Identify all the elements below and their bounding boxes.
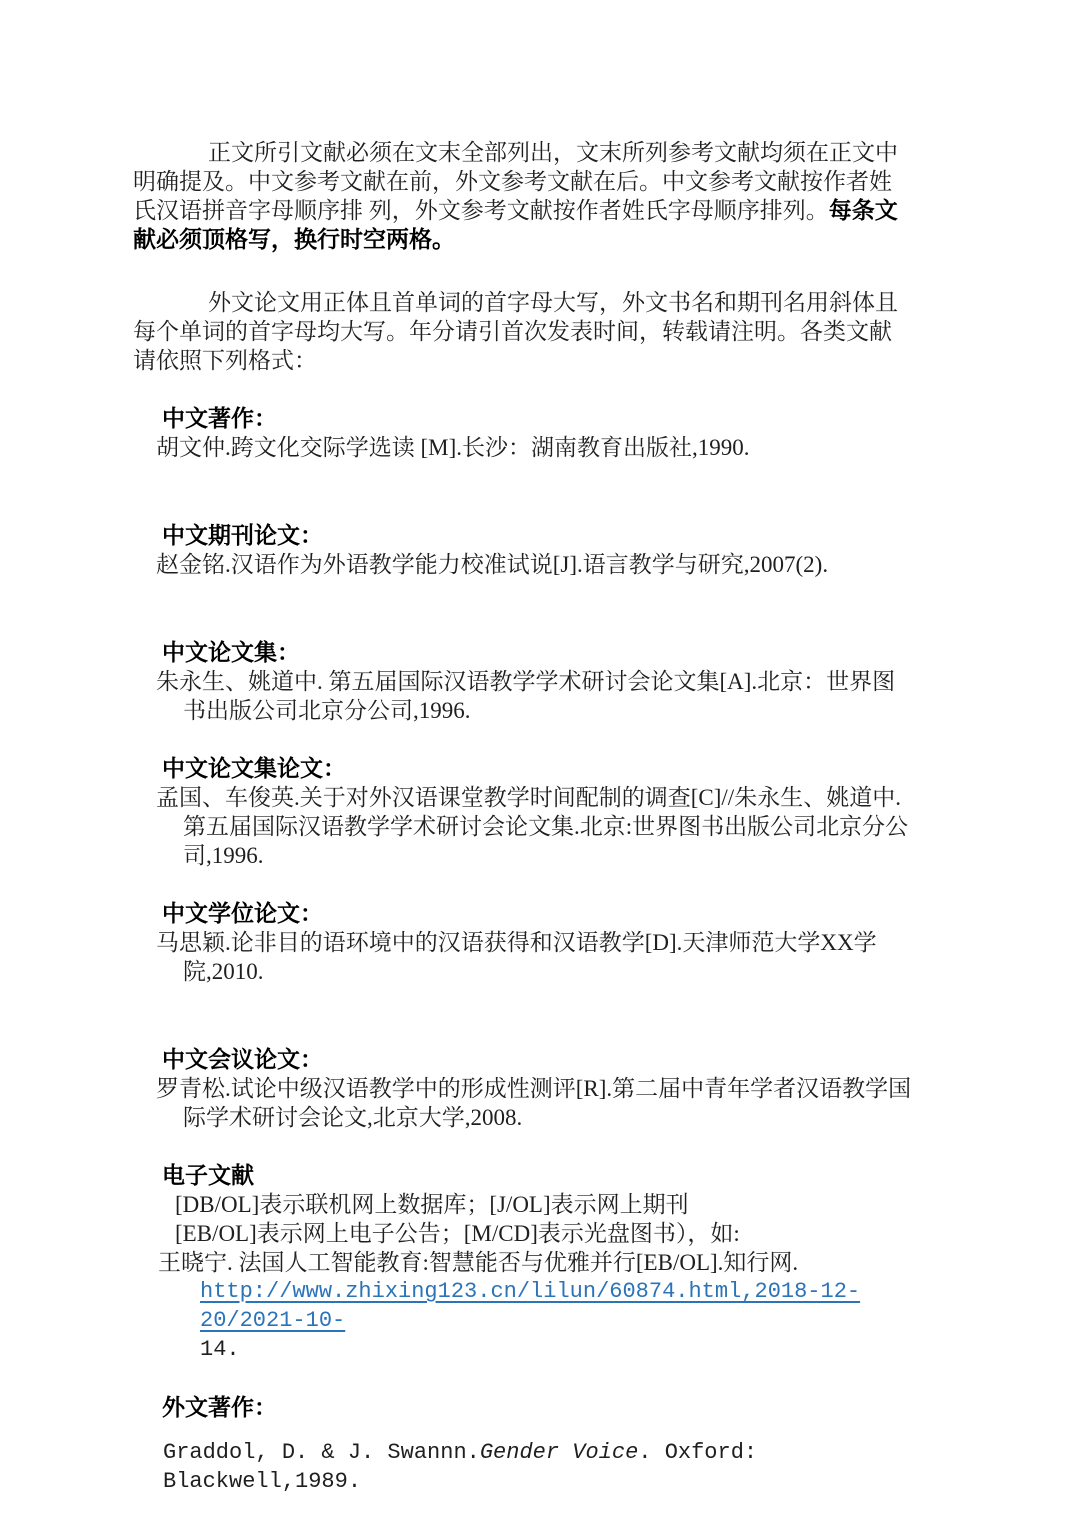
citation-chinese-proceedings: 朱永生、姚道中. 第五届国际汉语教学学术研讨会论文集[A].北京：世界图书出版公… xyxy=(156,667,912,725)
document-content: 正文所引文献必须在文末全部列出，文末所列参考文献均须在正文中明确提及。中文参考文… xyxy=(0,0,1080,1496)
section-heading-chinese-journal-article: 中文期刊论文： xyxy=(162,521,912,550)
citation-electronic: 王晓宁. 法国人工智能教育:智慧能否与优雅并行[EB/OL].知行网. xyxy=(158,1248,912,1277)
section-chinese-journal-article: 中文期刊论文： 赵金铭.汉语作为外语教学能力校准试说[J].语言教学与研究,20… xyxy=(133,521,912,579)
section-heading-chinese-proceedings-paper: 中文论文集论文： xyxy=(162,754,912,783)
section-heading-chinese-monograph: 中文著作： xyxy=(162,404,912,433)
document-page: 正文所引文献必须在文末全部列出，文末所列参考文献均须在正文中明确提及。中文参考文… xyxy=(0,0,1080,1528)
citation-chinese-monograph: 胡文仲.跨文化交际学选读 [M].长沙：湖南教育出版社,1990. xyxy=(156,433,912,462)
citation-chinese-journal-article: 赵金铭.汉语作为外语教学能力校准试说[J].语言教学与研究,2007(2). xyxy=(156,550,912,579)
section-chinese-proceedings: 中文论文集： 朱永生、姚道中. 第五届国际汉语教学学术研讨会论文集[A].北京：… xyxy=(133,638,912,725)
electronic-code-note-2: [EB/OL]表示网上电子公告；[M/CD]表示光盘图书），如: xyxy=(175,1219,912,1248)
citation-chinese-thesis: 马思颖.论非目的语环境中的汉语获得和汉语教学[D].天津师范大学XX学院,201… xyxy=(156,928,912,986)
citation-foreign-authors: Graddol, D. & J. Swannn. xyxy=(163,1440,480,1465)
citation-foreign-book-title: Gender Voice xyxy=(480,1440,638,1465)
section-heading-electronic-references: 电子文献 xyxy=(162,1161,912,1190)
intro-paragraph-2: 外文论文用正体且首单词的首字母大写，外文书名和期刊名用斜体且每个单词的首字母均大… xyxy=(133,288,912,375)
intro-paragraph-1-text: 正文所引文献必须在文末全部列出，文末所列参考文献均须在正文中明确提及。中文参考文… xyxy=(133,140,898,223)
section-chinese-thesis: 中文学位论文： 马思颖.论非目的语环境中的汉语获得和汉语教学[D].天津师范大学… xyxy=(133,899,912,986)
citation-foreign-monograph: Graddol, D. & J. Swannn.Gender Voice. Ox… xyxy=(163,1438,912,1496)
intro-paragraph-1: 正文所引文献必须在文末全部列出，文末所列参考文献均须在正文中明确提及。中文参考文… xyxy=(133,138,912,254)
citation-chinese-conference-paper: 罗青松.试论中级汉语教学中的形成性测评[R].第二届中青年学者汉语教学国际学术研… xyxy=(156,1074,912,1132)
citation-electronic-url-tail: 14. xyxy=(200,1335,912,1364)
section-heading-chinese-proceedings: 中文论文集： xyxy=(162,638,912,667)
citation-chinese-proceedings-paper: 孟国、车俊英.关于对外汉语课堂教学时间配制的调查[C]//朱永生、姚道中. 第五… xyxy=(156,783,912,870)
section-heading-foreign-monograph: 外文著作： xyxy=(162,1393,912,1422)
citation-electronic-url-link[interactable]: http://www.zhixing123.cn/lilun/60874.htm… xyxy=(200,1277,912,1335)
section-chinese-proceedings-paper: 中文论文集论文： 孟国、车俊英.关于对外汉语课堂教学时间配制的调查[C]//朱永… xyxy=(133,754,912,870)
section-electronic-references: 电子文献 [DB/OL]表示联机网上数据库；[J/OL]表示网上期刊 [EB/O… xyxy=(133,1161,912,1364)
section-heading-chinese-thesis: 中文学位论文： xyxy=(162,899,912,928)
section-chinese-monograph: 中文著作： 胡文仲.跨文化交际学选读 [M].长沙：湖南教育出版社,1990. xyxy=(133,404,912,462)
section-heading-chinese-conference-paper: 中文会议论文： xyxy=(162,1045,912,1074)
section-foreign-monograph: 外文著作： Graddol, D. & J. Swannn.Gender Voi… xyxy=(133,1393,912,1496)
section-chinese-conference-paper: 中文会议论文： 罗青松.试论中级汉语教学中的形成性测评[R].第二届中青年学者汉… xyxy=(133,1045,912,1132)
electronic-code-note-1: [DB/OL]表示联机网上数据库；[J/OL]表示网上期刊 xyxy=(175,1190,912,1219)
